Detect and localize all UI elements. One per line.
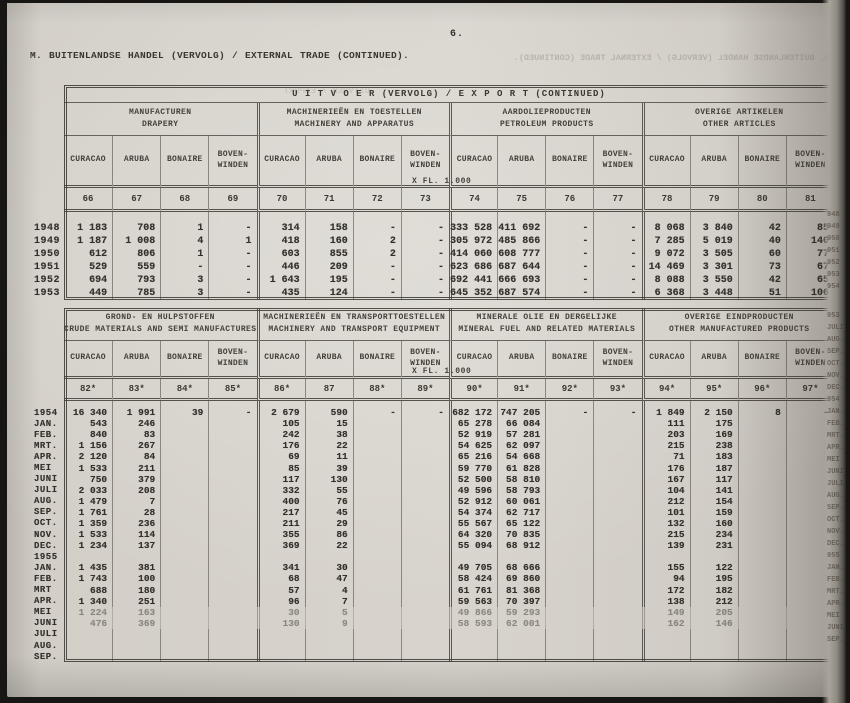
value-cell: 160 [690, 518, 738, 529]
value-cell [642, 629, 690, 640]
column-number: 83* [112, 379, 160, 401]
value-cell: - [593, 261, 641, 274]
value-cell: 3 840 [690, 222, 738, 235]
value-cell: 183 [690, 451, 738, 462]
edge-fragment: OCT. [827, 360, 844, 368]
edge-fragment: MEI [827, 612, 840, 620]
value-cell: 6 368 [642, 287, 690, 300]
value-cell [545, 496, 593, 507]
value-cell: 94 [642, 573, 690, 584]
value-cell: 70 835 [497, 529, 545, 540]
value-cell [208, 440, 256, 451]
value-cell: - [401, 274, 449, 287]
row-label: DEC. [10, 540, 64, 551]
row-label: 1953 [10, 287, 64, 300]
value-cell [545, 551, 593, 562]
value-cell: 70 397 [497, 596, 545, 607]
row-label: APR. [10, 451, 64, 462]
value-cell: 14 469 [642, 261, 690, 274]
value-cell: 682 172 [449, 407, 497, 418]
spacer-cell [401, 212, 449, 222]
value-cell: 1 234 [64, 540, 112, 551]
value-cell [160, 540, 208, 551]
value-cell: 251 [112, 596, 160, 607]
value-cell: 2 [353, 235, 401, 248]
value-cell [208, 629, 256, 640]
value-cell: - [593, 248, 641, 261]
row-label: JUNI [10, 618, 64, 629]
value-cell [401, 496, 449, 507]
value-cell: 747 205 [497, 407, 545, 418]
subcolumn-header: BONAIRE [738, 341, 786, 379]
value-cell: 446 [257, 261, 305, 274]
value-cell: 236 [112, 518, 160, 529]
value-cell: 149 [642, 607, 690, 618]
value-cell [642, 651, 690, 662]
value-cell: 66 084 [497, 418, 545, 429]
value-cell [353, 585, 401, 596]
value-cell: 4 [305, 585, 353, 596]
row-label: 1949 [10, 235, 64, 248]
value-cell [738, 462, 786, 473]
value-cell: 175 [690, 418, 738, 429]
value-cell [353, 518, 401, 529]
value-cell: 172 [642, 585, 690, 596]
value-cell: 58 593 [449, 618, 497, 629]
value-cell [593, 507, 641, 518]
value-cell: 209 [305, 261, 353, 274]
value-cell [208, 618, 256, 629]
value-cell: 7 [305, 596, 353, 607]
subcolumn-header: CURACAO [642, 136, 690, 188]
value-cell: 608 777 [497, 248, 545, 261]
value-cell [257, 629, 305, 640]
value-cell [545, 440, 593, 451]
value-cell: 1 008 [112, 235, 160, 248]
value-cell [401, 418, 449, 429]
value-cell [112, 551, 160, 562]
value-cell: 1 [208, 235, 256, 248]
value-cell: 117 [690, 474, 738, 485]
value-cell [449, 551, 497, 562]
spacer-cell [593, 212, 641, 222]
value-cell [208, 585, 256, 596]
value-cell: - [545, 407, 593, 418]
edge-fragment: 951 [827, 247, 840, 255]
value-cell [593, 618, 641, 629]
value-cell: 5 019 [690, 235, 738, 248]
value-cell: 52 500 [449, 474, 497, 485]
value-cell: 1 991 [112, 407, 160, 418]
column-number: 85* [208, 379, 256, 401]
value-cell: 68 [257, 573, 305, 584]
value-cell: 645 352 [449, 287, 497, 300]
value-cell [160, 485, 208, 496]
column-group-header: MACHINERIEËN EN TOESTELLENMACHINERY AND … [257, 103, 450, 136]
value-cell [401, 540, 449, 551]
value-cell: 840 [64, 429, 112, 440]
value-cell: 400 [257, 496, 305, 507]
value-cell: 76 [305, 496, 353, 507]
value-cell: 1 643 [257, 274, 305, 287]
value-cell [160, 562, 208, 573]
value-cell: 435 [257, 287, 305, 300]
value-cell: - [353, 287, 401, 300]
value-cell: 68 912 [497, 540, 545, 551]
value-cell: 7 [112, 496, 160, 507]
value-cell: 155 [642, 562, 690, 573]
row-label-spacer [10, 308, 64, 341]
value-cell: - [401, 407, 449, 418]
column-group-header: MACHINERIEËN EN TRANSPORTTOESTELLENMACHI… [257, 308, 450, 341]
value-cell [64, 629, 112, 640]
value-cell [449, 629, 497, 640]
value-cell [208, 518, 256, 529]
value-cell [160, 518, 208, 529]
value-cell [353, 451, 401, 462]
value-cell [593, 629, 641, 640]
group-name-dutch: OVERIGE ARTIKELEN [695, 108, 783, 119]
value-cell: 414 060 [449, 248, 497, 261]
value-cell: 160 [305, 235, 353, 248]
edge-fragment: 952 [827, 259, 840, 267]
value-cell [690, 629, 738, 640]
value-cell [208, 529, 256, 540]
value-cell [738, 629, 786, 640]
value-cell [401, 596, 449, 607]
edge-fragment: JULI [827, 324, 844, 332]
value-cell: 612 [64, 248, 112, 261]
value-cell [160, 474, 208, 485]
value-cell [545, 607, 593, 618]
value-cell: 687 574 [497, 287, 545, 300]
edge-fragment: JAN. [827, 408, 844, 416]
value-cell: 154 [690, 496, 738, 507]
group-name-english: MINERAL FUEL AND RELATED MATERIALS [458, 325, 635, 336]
value-cell: 30 [257, 607, 305, 618]
column-number: 96* [738, 379, 786, 401]
row-label: OCT. [10, 518, 64, 529]
value-cell [353, 540, 401, 551]
edge-fragment: AUG. [827, 336, 844, 344]
group-name-dutch: OVERIGE EINDPRODUCTEN [685, 313, 794, 324]
value-cell: 59 293 [497, 607, 545, 618]
value-cell: 49 705 [449, 562, 497, 573]
value-cell: 9 072 [642, 248, 690, 261]
value-cell [449, 640, 497, 651]
row-label-spacer [10, 188, 64, 212]
value-cell: 51 [738, 287, 786, 300]
value-cell: 1 224 [64, 607, 112, 618]
value-cell [593, 529, 641, 540]
value-cell: 49 866 [449, 607, 497, 618]
value-cell: 57 281 [497, 429, 545, 440]
value-cell [593, 540, 641, 551]
value-cell [208, 474, 256, 485]
value-cell: 242 [257, 429, 305, 440]
row-label: MRT [10, 585, 64, 596]
column-number: 90* [449, 379, 497, 401]
value-cell [257, 640, 305, 651]
value-cell [545, 451, 593, 462]
value-cell [112, 640, 160, 651]
row-label: JULI [10, 629, 64, 640]
spacer-cell [497, 212, 545, 222]
subcolumn-header: ARUBA [690, 341, 738, 379]
export-table-lower: GROND- EN HULPSTOFFENCRUDE MATERIALS AND… [10, 308, 834, 662]
value-cell: 603 [257, 248, 305, 261]
value-cell [208, 573, 256, 584]
value-cell [545, 518, 593, 529]
value-cell [257, 651, 305, 662]
group-name-english: MACHINERY AND TRANSPORT EQUIPMENT [268, 325, 440, 336]
value-cell: 61 761 [449, 585, 497, 596]
value-cell [401, 518, 449, 529]
value-cell: 1 359 [64, 518, 112, 529]
value-cell: 159 [690, 507, 738, 518]
subcolumn-header: BONAIRE [353, 136, 401, 188]
value-cell [208, 451, 256, 462]
column-number: 86* [257, 379, 305, 401]
column-number: 69 [208, 188, 256, 212]
value-cell: 59 770 [449, 462, 497, 473]
value-cell [738, 485, 786, 496]
value-cell: 692 441 [449, 274, 497, 287]
value-cell [208, 496, 256, 507]
column-number: 71 [305, 188, 353, 212]
value-cell: 167 [642, 474, 690, 485]
value-cell: 215 [642, 529, 690, 540]
row-label: 1952 [10, 274, 64, 287]
column-number: 91* [497, 379, 545, 401]
value-cell: - [401, 222, 449, 235]
column-group-header: AARDOLIEPRODUCTENPETROLEUM PRODUCTS [449, 103, 642, 136]
value-cell [353, 485, 401, 496]
value-cell [160, 596, 208, 607]
row-label-spacer [10, 85, 64, 103]
spacer-cell [690, 212, 738, 222]
value-cell [160, 585, 208, 596]
edge-fragment: FEB. [827, 420, 844, 428]
value-cell: 22 [305, 440, 353, 451]
export-table-upper: U I T V O E R (VERVOLG) / E X P O R T (C… [10, 85, 834, 300]
subcolumn-header: ARUBA [497, 136, 545, 188]
value-cell: 58 424 [449, 573, 497, 584]
value-cell [160, 418, 208, 429]
value-cell [593, 451, 641, 462]
value-cell: 47 [305, 573, 353, 584]
value-cell [208, 485, 256, 496]
value-cell: - [545, 222, 593, 235]
value-cell [353, 507, 401, 518]
value-cell [497, 640, 545, 651]
value-cell [208, 551, 256, 562]
value-cell: 132 [642, 518, 690, 529]
subcolumn-header: BONAIRE [353, 341, 401, 379]
value-cell [738, 585, 786, 596]
value-cell: 83 [112, 429, 160, 440]
row-label: SEP. [10, 651, 64, 662]
subcolumn-header: BONAIRE [545, 136, 593, 188]
value-cell: 4 [160, 235, 208, 248]
value-cell: 101 [642, 507, 690, 518]
value-cell [738, 451, 786, 462]
value-cell [353, 496, 401, 507]
value-cell: 176 [642, 462, 690, 473]
value-cell: 138 [642, 596, 690, 607]
subcolumn-header: ARUBA [305, 136, 353, 188]
value-cell [305, 651, 353, 662]
value-cell: 55 [305, 485, 353, 496]
value-cell: 100 [112, 573, 160, 584]
value-cell: - [208, 407, 256, 418]
value-cell: 1 340 [64, 596, 112, 607]
value-cell [401, 551, 449, 562]
value-cell [738, 551, 786, 562]
column-number: 73 [401, 188, 449, 212]
value-cell [593, 485, 641, 496]
value-cell: 49 596 [449, 485, 497, 496]
row-label: AUG. [10, 640, 64, 651]
export-table-title: U I T V O E R (VERVOLG) / E X P O R T (C… [64, 85, 834, 103]
value-cell: 96 [257, 596, 305, 607]
value-cell: 187 [690, 462, 738, 473]
value-cell: 11 [305, 451, 353, 462]
value-cell: - [593, 274, 641, 287]
value-cell [353, 440, 401, 451]
value-cell [545, 540, 593, 551]
value-cell [160, 529, 208, 540]
value-cell: 1 743 [64, 573, 112, 584]
column-number: 68 [160, 188, 208, 212]
value-cell [64, 651, 112, 662]
value-cell: 476 [64, 618, 112, 629]
value-cell: 688 [64, 585, 112, 596]
value-cell: 623 686 [449, 261, 497, 274]
value-cell [545, 429, 593, 440]
spacer-cell [257, 212, 305, 222]
edge-fragment: MRT. [827, 588, 844, 596]
value-cell: 141 [690, 485, 738, 496]
value-cell [690, 551, 738, 562]
edge-fragment: 948 [827, 211, 840, 219]
value-cell: 411 692 [497, 222, 545, 235]
row-label: 1948 [10, 222, 64, 235]
value-cell [593, 474, 641, 485]
column-number: 89* [401, 379, 449, 401]
subcolumn-header: ARUBA [305, 341, 353, 379]
value-cell: 139 [642, 540, 690, 551]
value-cell: 694 [64, 274, 112, 287]
value-cell: 215 [642, 440, 690, 451]
value-cell [160, 551, 208, 562]
value-cell [160, 651, 208, 662]
value-cell [160, 496, 208, 507]
subcolumn-header: ARUBA [112, 341, 160, 379]
edge-fragment: 950 [827, 235, 840, 243]
value-cell [738, 496, 786, 507]
value-cell: 58 793 [497, 485, 545, 496]
value-cell [160, 507, 208, 518]
group-name-dutch: GROND- EN HULPSTOFFEN [106, 313, 215, 324]
row-label-spacer [10, 212, 64, 222]
column-number: 66 [64, 188, 112, 212]
row-label: JAN. [10, 418, 64, 429]
value-cell: 2 120 [64, 451, 112, 462]
edge-fragment: DEC. [827, 384, 844, 392]
edge-fragment: OCT. [827, 516, 844, 524]
value-cell [401, 629, 449, 640]
value-cell: 73 [738, 261, 786, 274]
row-label: 1955 [10, 551, 64, 562]
value-cell: 65 278 [449, 418, 497, 429]
value-cell: 130 [305, 474, 353, 485]
value-cell [642, 551, 690, 562]
value-cell [208, 462, 256, 473]
value-cell: - [545, 274, 593, 287]
group-name-dutch: MACHINERIEËN EN TOESTELLEN [287, 108, 422, 119]
value-cell [401, 485, 449, 496]
value-cell [160, 629, 208, 640]
subcolumn-header: CURACAO [64, 136, 112, 188]
value-cell: 3 [160, 274, 208, 287]
column-number: 80 [738, 188, 786, 212]
value-cell: 162 [642, 618, 690, 629]
value-cell [738, 562, 786, 573]
subcolumn-header: BOVEN-WINDEN [208, 341, 256, 379]
column-group-header: MANUFACTURENDRAPERY [64, 103, 257, 136]
spacer-cell [64, 212, 112, 222]
value-cell: 9 [305, 618, 353, 629]
column-number: 77 [593, 188, 641, 212]
value-cell: 85 [257, 462, 305, 473]
value-cell: 29 [305, 518, 353, 529]
value-cell: 111 [642, 418, 690, 429]
value-cell [160, 429, 208, 440]
group-name-dutch: MANUFACTUREN [129, 108, 191, 119]
value-cell: 60 [738, 248, 786, 261]
edge-fragment: SEP. [827, 348, 844, 356]
value-cell [738, 507, 786, 518]
subcolumn-header: BOVEN-WINDEN [593, 341, 641, 379]
value-cell: 1 156 [64, 440, 112, 451]
value-cell [353, 562, 401, 573]
value-cell [208, 540, 256, 551]
value-cell: 65 122 [497, 518, 545, 529]
value-cell: - [545, 248, 593, 261]
value-cell: 65 216 [449, 451, 497, 462]
value-cell [353, 629, 401, 640]
value-cell: 687 644 [497, 261, 545, 274]
value-cell: 369 [257, 540, 305, 551]
edge-fragment: JUNI [827, 468, 844, 476]
value-cell: 559 [112, 261, 160, 274]
edge-fragment: 953 [827, 271, 840, 279]
value-cell: 333 528 [449, 222, 497, 235]
value-cell: 180 [112, 585, 160, 596]
row-label: 1950 [10, 248, 64, 261]
value-cell: 62 717 [497, 507, 545, 518]
value-cell [208, 429, 256, 440]
column-group-header: OVERIGE EINDPRODUCTENOTHER MANUFACTURED … [642, 308, 835, 341]
value-cell: - [545, 235, 593, 248]
value-cell: 55 094 [449, 540, 497, 551]
value-cell: 61 828 [497, 462, 545, 473]
value-cell: 208 [112, 485, 160, 496]
value-cell [593, 462, 641, 473]
value-cell [401, 429, 449, 440]
value-cell: - [401, 287, 449, 300]
